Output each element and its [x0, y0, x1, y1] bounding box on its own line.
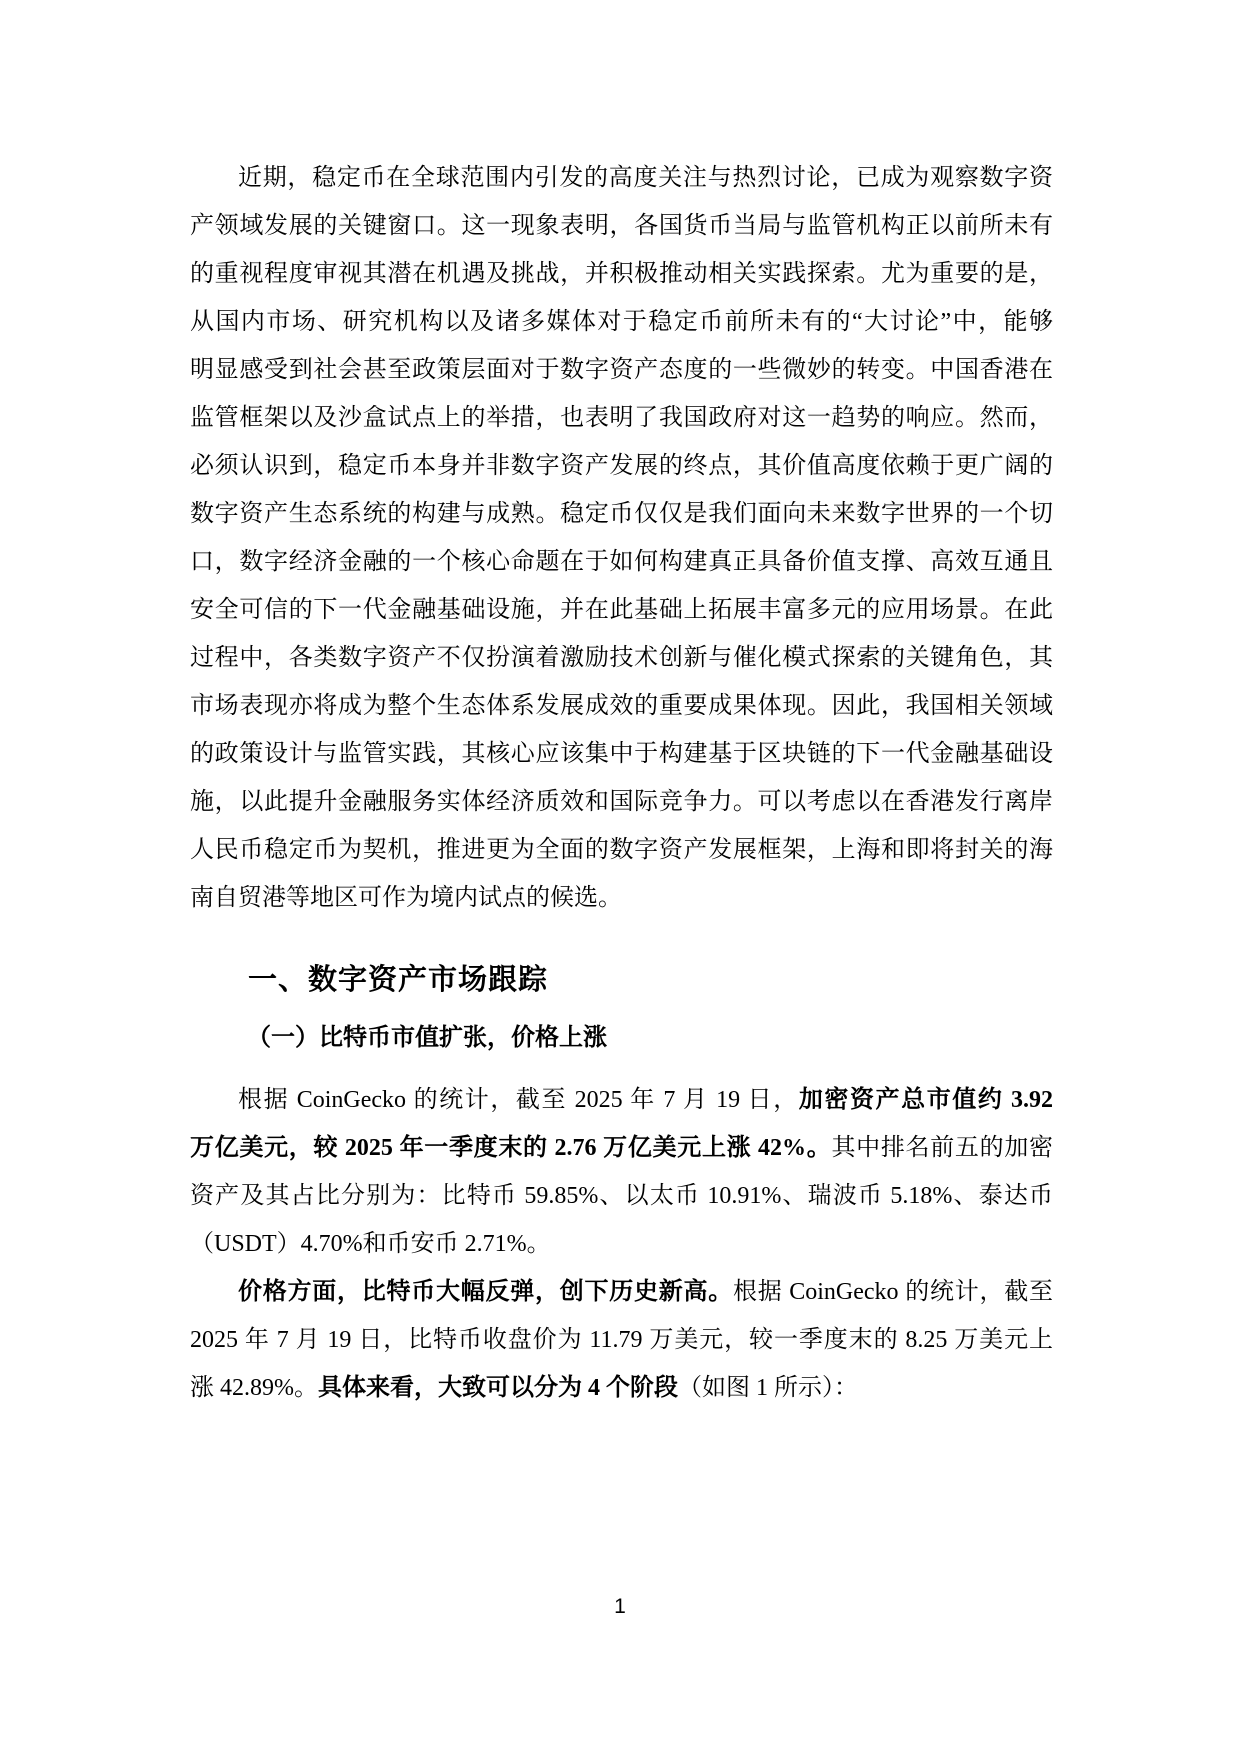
text-segment: 人民币稳定币为契机，推进更为全面的数字资产发展框架，上海和即将封关的海	[190, 837, 1053, 863]
text-line: 口，数字经济金融的一个核心命题在于如何构建真正具备价值支撑、高效互通且	[190, 538, 1053, 586]
text-segment: 过程中，各类数字资产不仅扮演着激励技术创新与催化模式探索的关键角色，其	[190, 645, 1053, 671]
text-line: 价格方面，比特币大幅反弹，创下历史新高。根据 CoinGecko 的统计，截至	[190, 1268, 1053, 1316]
text-line: 产领域发展的关键窗口。这一现象表明，各国货币当局与监管机构正以前所未有	[190, 202, 1053, 250]
text-line: 监管框架以及沙盒试点上的举措，也表明了我国政府对这一趋势的响应。然而，	[190, 394, 1053, 442]
text-segment: 必须认识到，稳定币本身并非数字资产发展的终点，其价值高度依赖于更广阔的	[190, 453, 1053, 479]
section-heading: 一、数字资产市场跟踪	[248, 965, 548, 997]
text-line: 市场表现亦将成为整个生态体系发展成效的重要成果体现。因此，我国相关领域	[190, 682, 1053, 730]
text-segment: 南自贸港等地区可作为境内试点的候选。	[190, 885, 622, 911]
text-segment: 明显感受到社会甚至政策层面对于数字资产态度的一些微妙的转变。中国香港在	[190, 357, 1053, 383]
text-segment: （如图 1 所示）：	[678, 1375, 858, 1401]
bold-text-segment: 价格方面，比特币大幅反弹，创下历史新高。	[238, 1279, 733, 1305]
text-segment: 数字资产生态系统的构建与成熟。稳定币仅仅是我们面向未来数字世界的一个切	[190, 501, 1053, 527]
text-line: 南自贸港等地区可作为境内试点的候选。	[190, 874, 1053, 922]
text-line: 过程中，各类数字资产不仅扮演着激励技术创新与催化模式探索的关键角色，其	[190, 634, 1053, 682]
text-line: 涨 42.89%。具体来看，大致可以分为 4 个阶段（如图 1 所示）：	[190, 1364, 1053, 1412]
text-line: 从国内市场、研究机构以及诸多媒体对于稳定币前所未有的“大讨论”中，能够	[190, 298, 1053, 346]
text-line: 近期，稳定币在全球范围内引发的高度关注与热烈讨论，已成为观察数字资	[190, 154, 1053, 202]
price-paragraph: 价格方面，比特币大幅反弹，创下历史新高。根据 CoinGecko 的统计，截至2…	[190, 1268, 1053, 1412]
text-segment: 其中排名前五的加密	[831, 1135, 1053, 1161]
market-cap-paragraph: 根据 CoinGecko 的统计，截至 2025 年 7 月 19 日，加密资产…	[190, 1076, 1053, 1268]
page-number: 1	[0, 1595, 1240, 1619]
text-segment: 2025 年 7 月 19 日，比特币收盘价为 11.79 万美元，较一季度末的…	[190, 1327, 1053, 1353]
text-segment: 的政策设计与监管实践，其核心应该集中于构建基于区块链的下一代金融基础设	[190, 741, 1053, 767]
text-line: 施，以此提升金融服务实体经济质效和国际竞争力。可以考虑以在香港发行离岸	[190, 778, 1053, 826]
text-segment: 安全可信的下一代金融基础设施，并在此基础上拓展丰富多元的应用场景。在此	[190, 597, 1053, 623]
text-line: 明显感受到社会甚至政策层面对于数字资产态度的一些微妙的转变。中国香港在	[190, 346, 1053, 394]
text-line: （USDT）4.70%和币安币 2.71%。	[190, 1220, 1053, 1268]
text-line: 的政策设计与监管实践，其核心应该集中于构建基于区块链的下一代金融基础设	[190, 730, 1053, 778]
text-segment: 从国内市场、研究机构以及诸多媒体对于稳定币前所未有的“大讨论”中，能够	[190, 309, 1053, 335]
text-segment: 根据 CoinGecko 的统计，截至 2025 年 7 月 19 日，	[238, 1087, 799, 1113]
text-line: 人民币稳定币为契机，推进更为全面的数字资产发展框架，上海和即将封关的海	[190, 826, 1053, 874]
text-segment: 口，数字经济金融的一个核心命题在于如何构建真正具备价值支撑、高效互通且	[190, 549, 1053, 575]
text-segment: 资产及其占比分别为：比特币 59.85%、以太币 10.91%、瑞波币 5.18…	[190, 1183, 1053, 1209]
document-page: 近期，稳定币在全球范围内引发的高度关注与热烈讨论，已成为观察数字资产领域发展的关…	[0, 0, 1240, 1755]
text-segment: 的重视程度审视其潜在机遇及挑战，并积极推动相关实践探索。尤为重要的是，	[190, 261, 1053, 287]
text-segment: 市场表现亦将成为整个生态体系发展成效的重要成果体现。因此，我国相关领域	[190, 693, 1053, 719]
text-segment: 近期，稳定币在全球范围内引发的高度关注与热烈讨论，已成为观察数字资	[238, 165, 1053, 191]
text-line: 万亿美元，较 2025 年一季度末的 2.76 万亿美元上涨 42%。其中排名前…	[190, 1124, 1053, 1172]
text-segment: 涨 42.89%。	[190, 1375, 318, 1401]
bold-text-segment: 万亿美元，较 2025 年一季度末的 2.76 万亿美元上涨 42%。	[190, 1135, 831, 1161]
text-line: 根据 CoinGecko 的统计，截至 2025 年 7 月 19 日，加密资产…	[190, 1076, 1053, 1124]
text-segment: 产领域发展的关键窗口。这一现象表明，各国货币当局与监管机构正以前所未有	[190, 213, 1053, 239]
bold-text-segment: 加密资产总市值约 3.92	[799, 1087, 1053, 1113]
text-segment: （USDT）4.70%和币安币 2.71%。	[190, 1231, 551, 1257]
bold-text-segment: 具体来看，大致可以分为 4 个阶段	[318, 1375, 678, 1401]
intro-paragraph: 近期，稳定币在全球范围内引发的高度关注与热烈讨论，已成为观察数字资产领域发展的关…	[190, 154, 1053, 922]
text-line: 数字资产生态系统的构建与成熟。稳定币仅仅是我们面向未来数字世界的一个切	[190, 490, 1053, 538]
text-segment: 根据 CoinGecko 的统计，截至	[733, 1279, 1053, 1305]
subsection-heading: （一）比特币市值扩张，价格上涨	[247, 1025, 607, 1051]
text-line: 安全可信的下一代金融基础设施，并在此基础上拓展丰富多元的应用场景。在此	[190, 586, 1053, 634]
text-segment: 监管框架以及沙盒试点上的举措，也表明了我国政府对这一趋势的响应。然而，	[190, 405, 1053, 431]
text-segment: 施，以此提升金融服务实体经济质效和国际竞争力。可以考虑以在香港发行离岸	[190, 789, 1053, 815]
text-line: 2025 年 7 月 19 日，比特币收盘价为 11.79 万美元，较一季度末的…	[190, 1316, 1053, 1364]
text-line: 必须认识到，稳定币本身并非数字资产发展的终点，其价值高度依赖于更广阔的	[190, 442, 1053, 490]
text-line: 资产及其占比分别为：比特币 59.85%、以太币 10.91%、瑞波币 5.18…	[190, 1172, 1053, 1220]
text-line: 的重视程度审视其潜在机遇及挑战，并积极推动相关实践探索。尤为重要的是，	[190, 250, 1053, 298]
